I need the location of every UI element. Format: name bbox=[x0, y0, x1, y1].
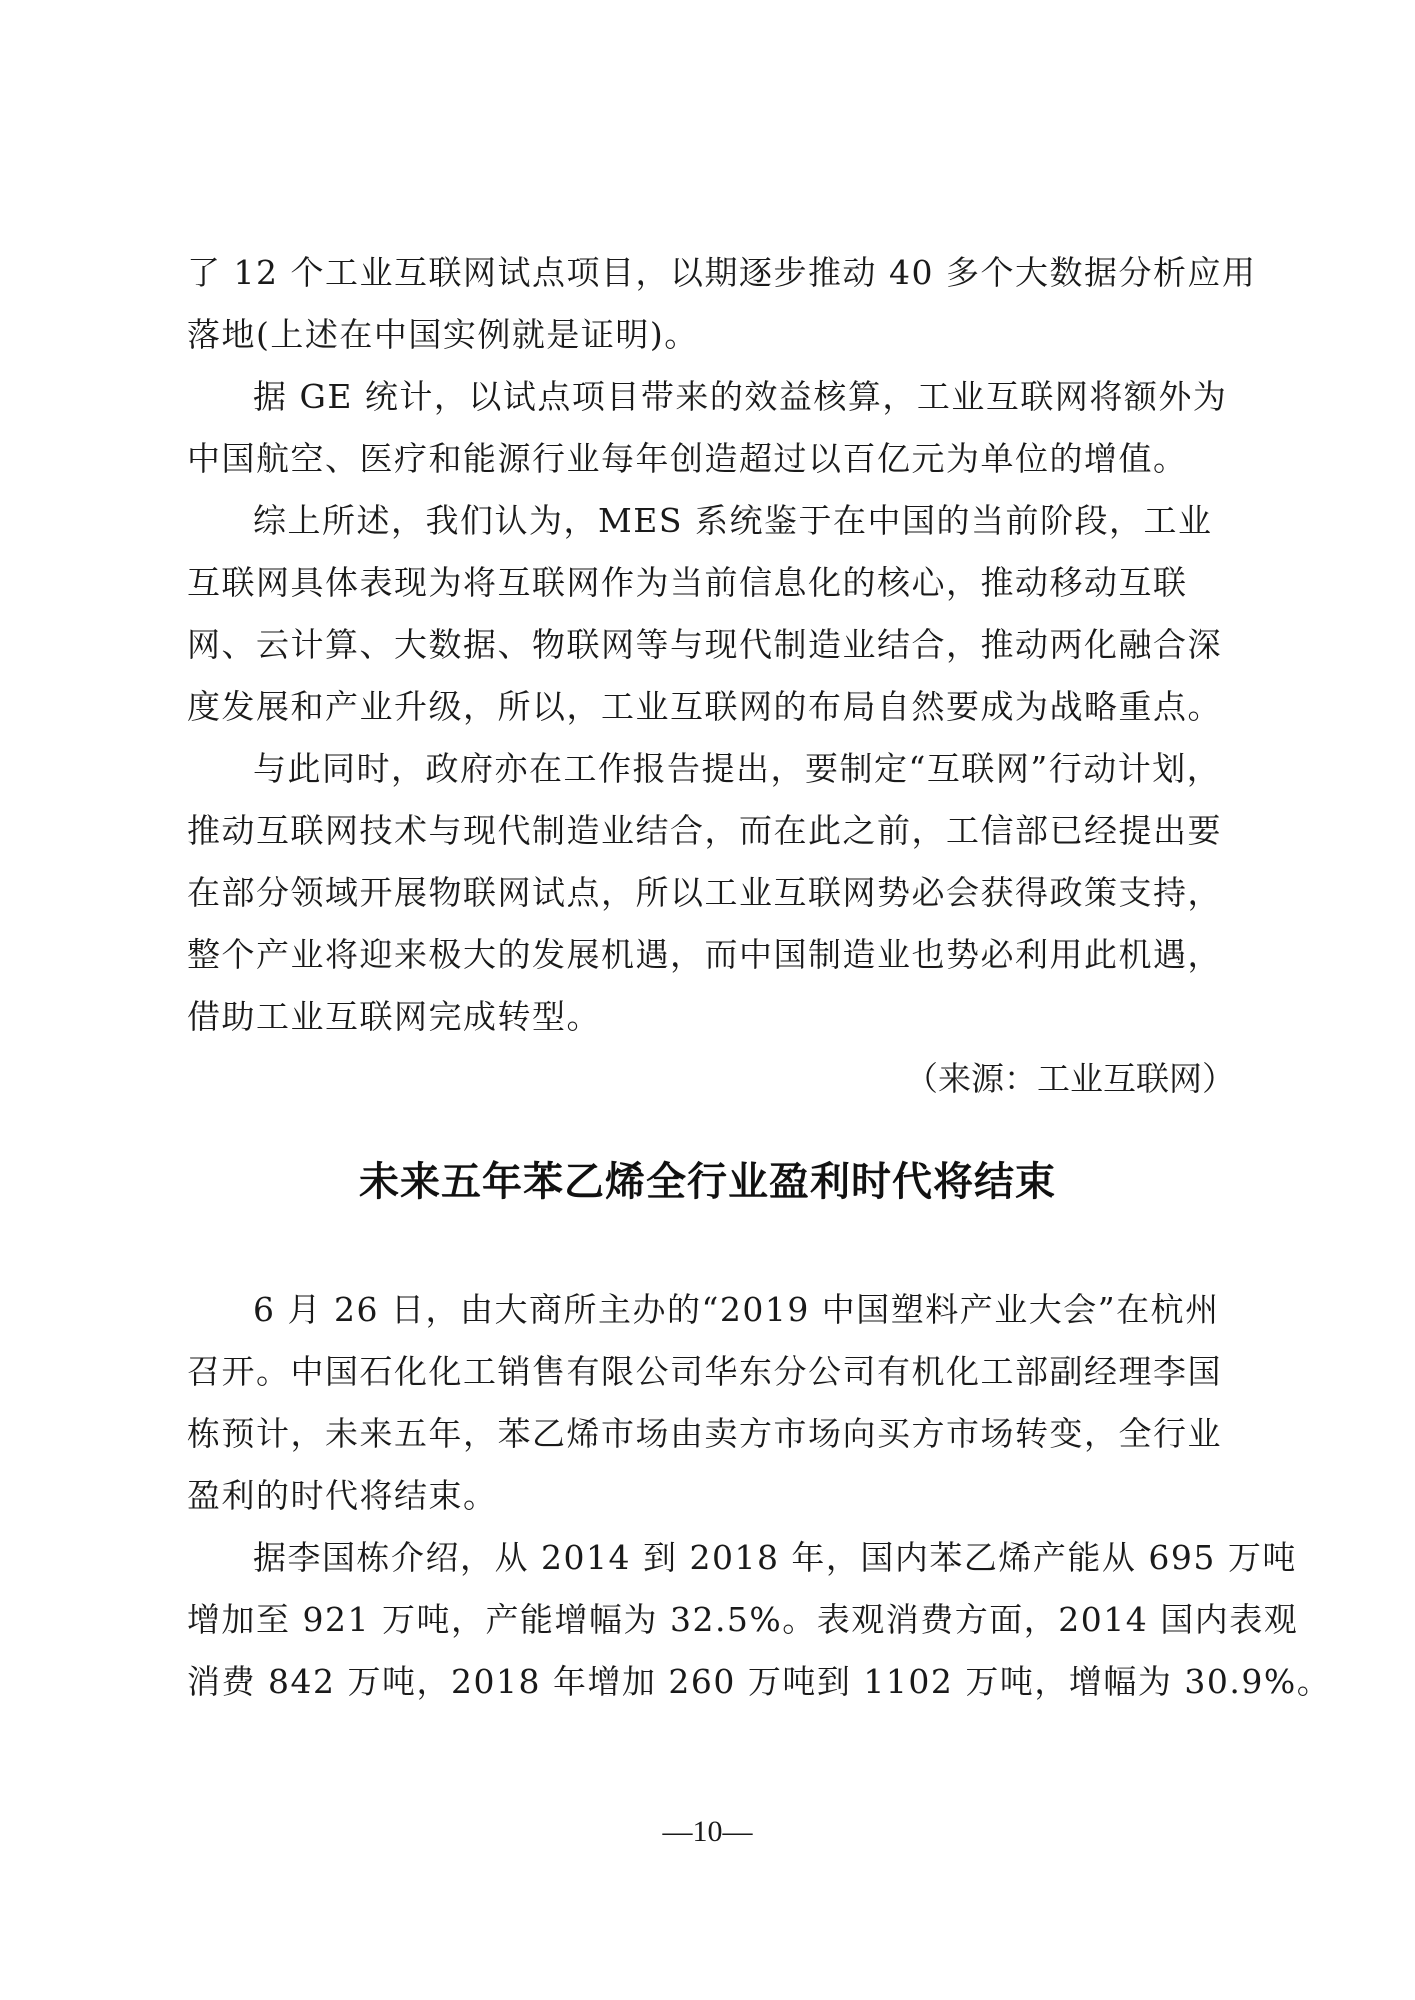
paragraph-line: 据 GE 统计，以试点项目带来的效益核算，工业互联网将额外为 bbox=[253, 372, 1237, 422]
paragraph-line: 落地(上述在中国实例就是证明)。 bbox=[187, 310, 1237, 360]
paragraph-line: 消费 842 万吨，2018 年增加 260 万吨到 1102 万吨，增幅为 3… bbox=[187, 1657, 1237, 1707]
paragraph-line: 增加至 921 万吨，产能增幅为 32.5%。表观消费方面，2014 国内表观 bbox=[187, 1595, 1237, 1645]
paragraph-line: 与此同时，政府亦在工作报告提出，要制定“互联网”行动计划， bbox=[253, 744, 1237, 794]
paragraph-line: 了 12 个工业互联网试点项目，以期逐步推动 40 多个大数据分析应用 bbox=[187, 248, 1237, 298]
paragraph-line: 栋预计，未来五年，苯乙烯市场由卖方市场向买方市场转变，全行业 bbox=[187, 1409, 1237, 1459]
source-attribution: （来源：工业互联网） bbox=[905, 1054, 1235, 1104]
paragraph-line: 整个产业将迎来极大的发展机遇，而中国制造业也势必利用此机遇， bbox=[187, 930, 1237, 980]
paragraph-line: 据李国栋介绍，从 2014 到 2018 年，国内苯乙烯产能从 695 万吨 bbox=[253, 1533, 1237, 1583]
paragraph-line: 借助工业互联网完成转型。 bbox=[187, 992, 1237, 1042]
paragraph-line: 中国航空、医疗和能源行业每年创造超过以百亿元为单位的增值。 bbox=[187, 434, 1237, 484]
paragraph-line: 推动互联网技术与现代制造业结合，而在此之前，工信部已经提出要 bbox=[187, 806, 1237, 856]
paragraph-line: 网、云计算、大数据、物联网等与现代制造业结合，推动两化融合深 bbox=[187, 620, 1237, 670]
document-page: 了 12 个工业互联网试点项目，以期逐步推动 40 多个大数据分析应用 落地(上… bbox=[0, 0, 1415, 2000]
paragraph-line: 盈利的时代将结束。 bbox=[187, 1471, 1237, 1521]
page-number: —10— bbox=[0, 1812, 1415, 1852]
paragraph-line: 互联网具体表现为将互联网作为当前信息化的核心，推动移动互联 bbox=[187, 558, 1237, 608]
paragraph-line: 综上所述，我们认为，MES 系统鉴于在中国的当前阶段，工业 bbox=[253, 496, 1237, 546]
paragraph-line: 6 月 26 日，由大商所主办的“2019 中国塑料产业大会”在杭州 bbox=[253, 1285, 1237, 1335]
article-title: 未来五年苯乙烯全行业盈利时代将结束 bbox=[0, 1152, 1415, 1212]
paragraph-line: 召开。中国石化化工销售有限公司华东分公司有机化工部副经理李国 bbox=[187, 1347, 1237, 1397]
paragraph-line: 在部分领域开展物联网试点，所以工业互联网势必会获得政策支持， bbox=[187, 868, 1237, 918]
paragraph-line: 度发展和产业升级，所以，工业互联网的布局自然要成为战略重点。 bbox=[187, 682, 1237, 732]
